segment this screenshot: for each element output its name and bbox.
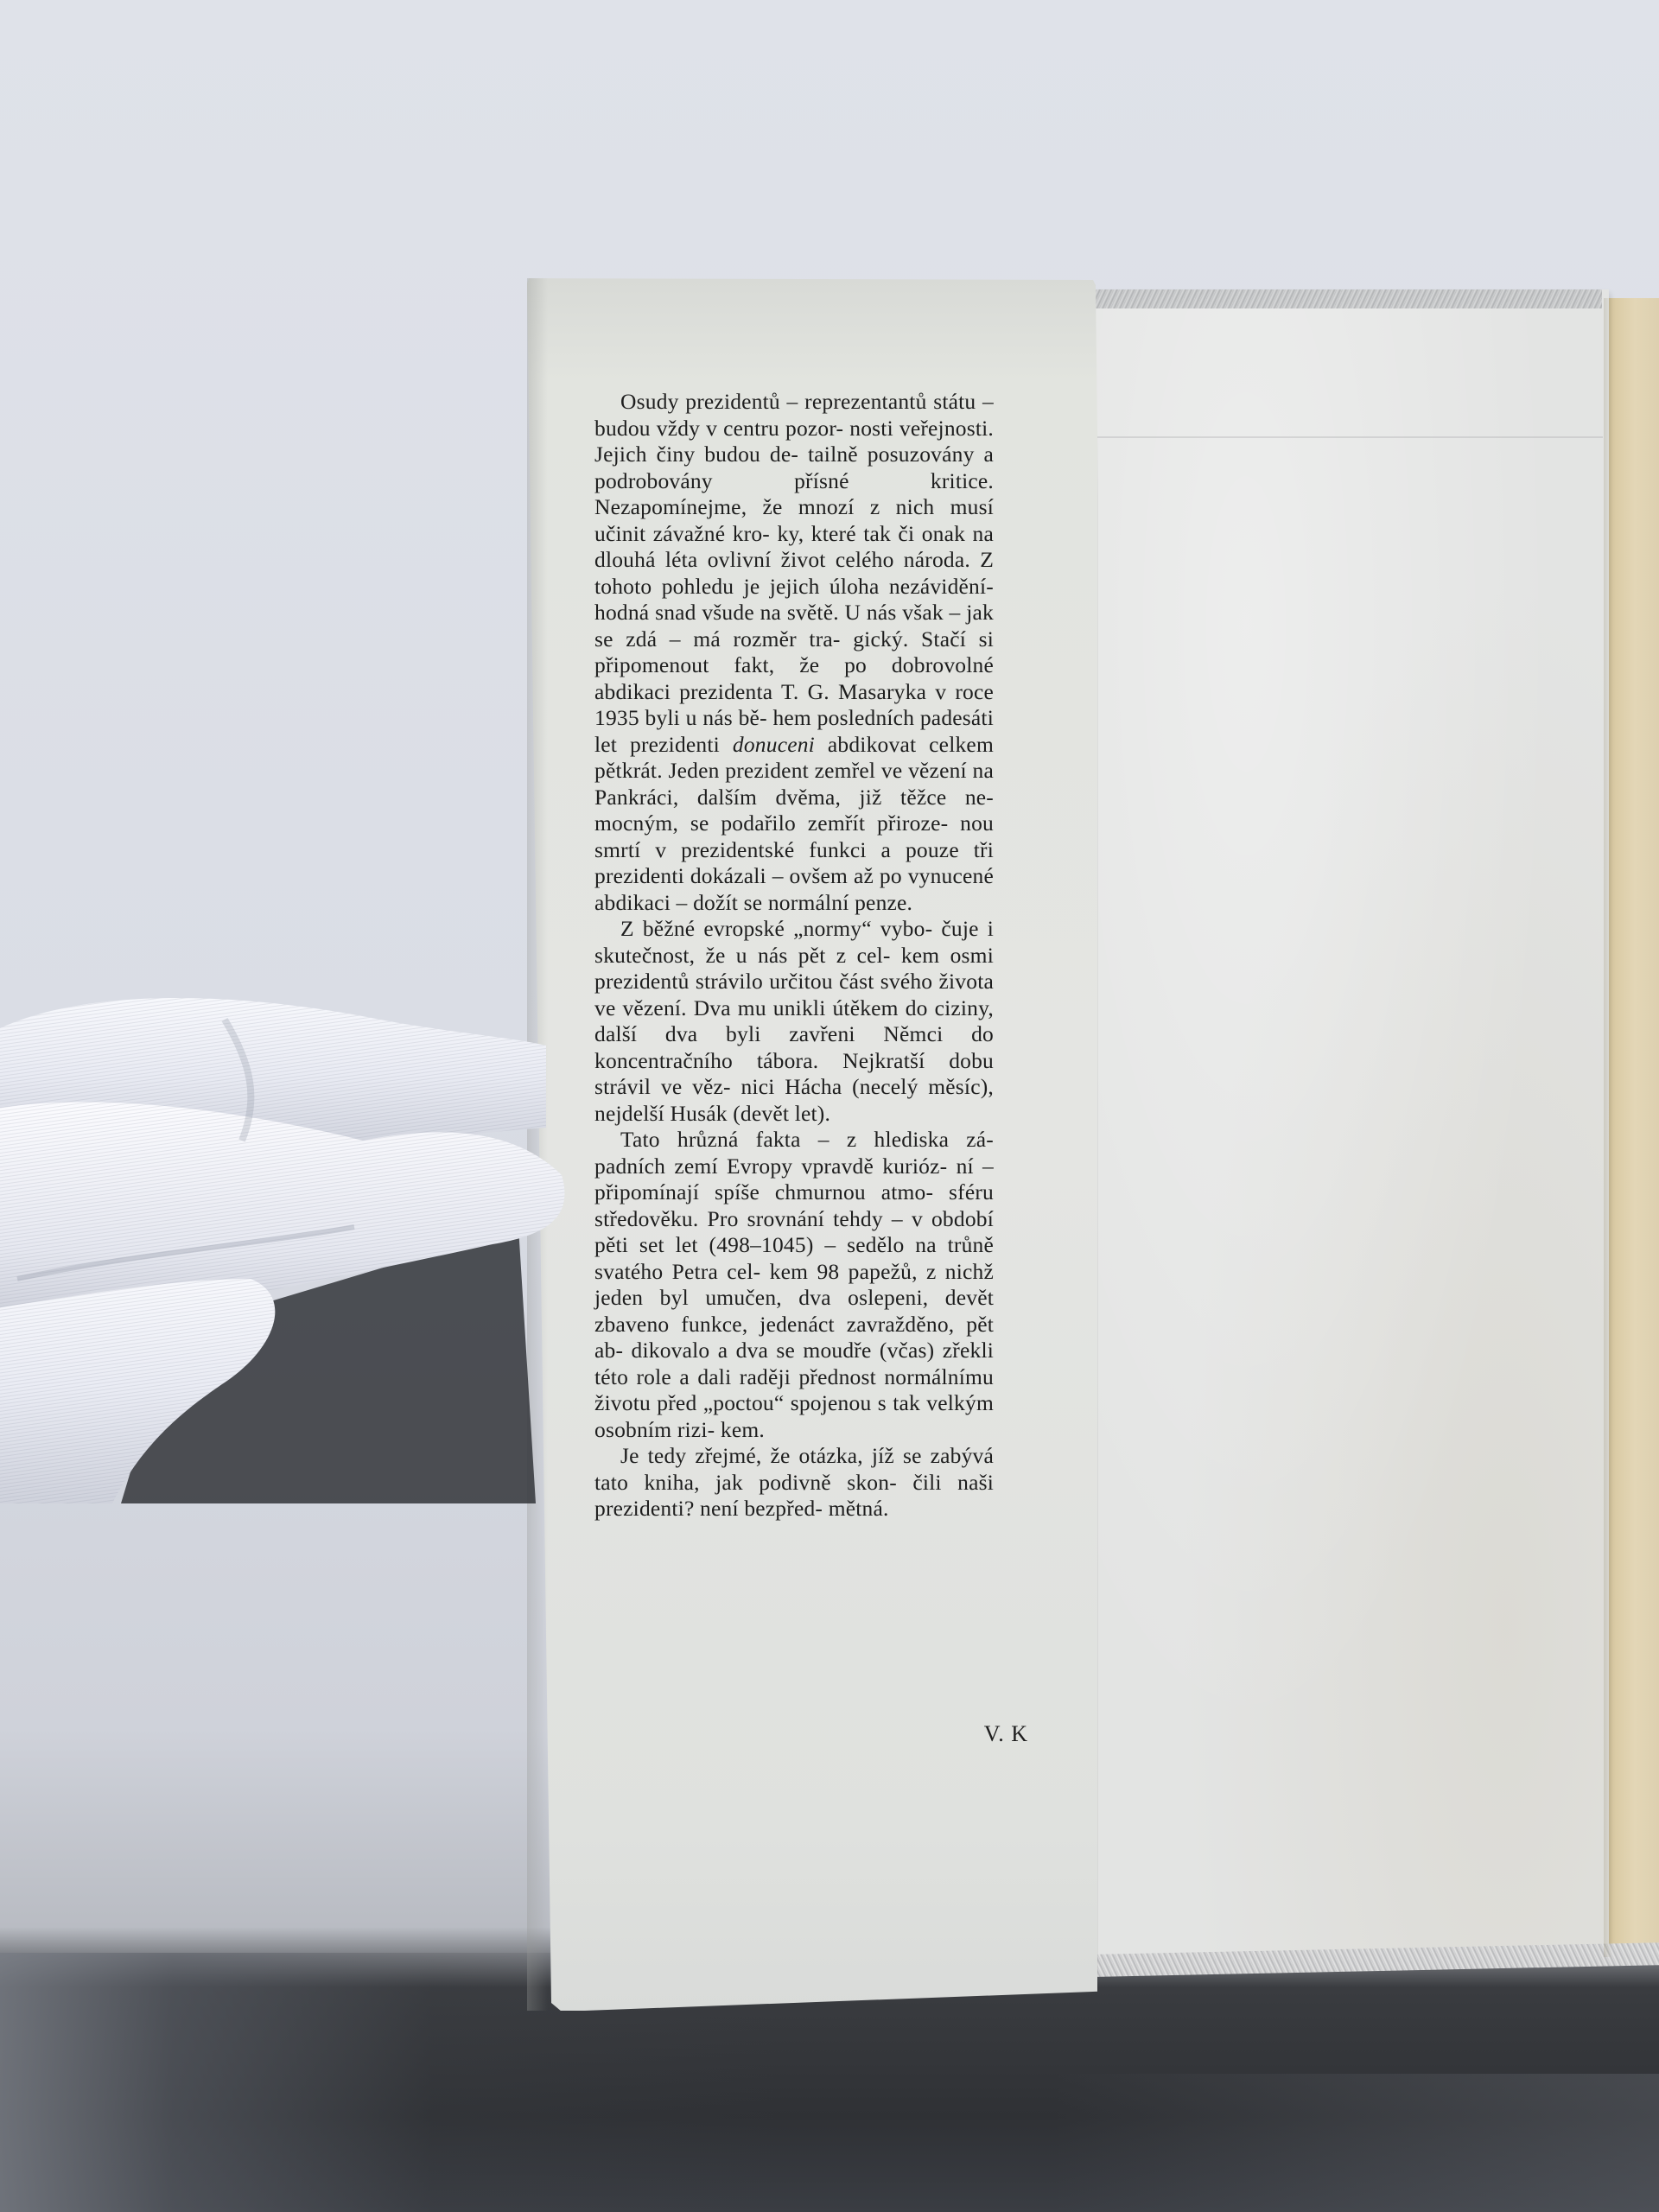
- p1-line-1: Osudy prezidentů – reprezentantů: [620, 389, 927, 414]
- book-page-edges: [1609, 298, 1659, 1957]
- page-block-shadow: [1604, 298, 1612, 1957]
- italic-emphasis: donuceni: [733, 732, 815, 757]
- white-glove-hand: [0, 968, 588, 1503]
- book-cover-board: [1090, 289, 1609, 1961]
- paragraph-1: Osudy prezidentů – reprezentantů státu –…: [594, 389, 994, 916]
- flap-blurb-text: Osudy prezidentů – reprezentantů státu –…: [594, 389, 994, 1522]
- floor-shadow-right: [1054, 2074, 1659, 2212]
- paragraph-2: Z běžné evropské „normy“ vybo- čuje i sk…: [594, 916, 994, 1127]
- paragraph-4: Je tedy zřejmé, že otázka, jíž se zabývá…: [594, 1443, 994, 1522]
- paragraph-3: Tato hrůzná fakta – z hlediska zá- padní…: [594, 1127, 994, 1443]
- board-crease: [1097, 436, 1603, 438]
- board-cloth-edge-top: [1090, 289, 1602, 308]
- author-signature: V. K: [933, 1721, 1028, 1747]
